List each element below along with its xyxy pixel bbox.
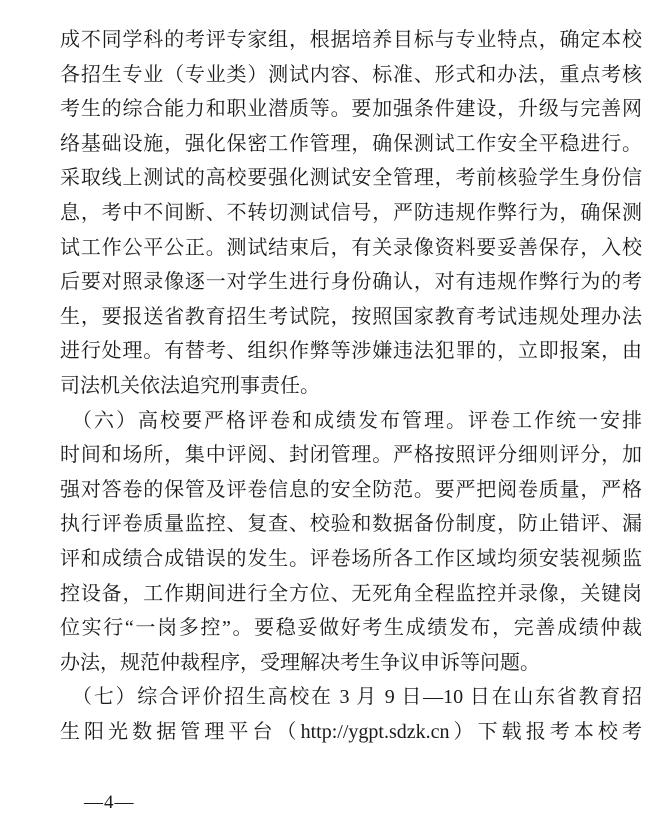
text-line: 生阳光数据管理平台（http://ygpt.sdzk.cn）下载报考本校考: [60, 715, 642, 750]
text-line: 后要对照录像逐一对学生进行身份确认，对有违规作弊行为的考: [60, 265, 642, 300]
text-line: 考生的综合能力和职业潜质等。要加强条件建设，升级与完善网: [60, 92, 642, 127]
text-line: 进行处理。有替考、组织作弊等涉嫌违法犯罪的，立即报案，由: [60, 334, 642, 369]
text-line-paragraph-start: （六）高校要严格评卷和成绩发布管理。评卷工作统一安排: [60, 404, 642, 439]
text-line-paragraph-start: （七）综合评价招生高校在 3 月 9 日—10 日在山东省教育招: [60, 680, 642, 715]
text-line: 司法机关依法追究刑事责任。: [60, 369, 642, 404]
text-line: 时间和场所，集中评阅、封闭管理。严格按照评分细则评分，加: [60, 438, 642, 473]
text-line: 试工作公平公正。测试结束后，有关录像资料要妥善保存，入校: [60, 231, 642, 266]
text-line: 各招生专业（专业类）测试内容、标准、形式和办法，重点考核: [60, 58, 642, 93]
text-line: 络基础设施，强化保密工作管理，确保测试工作安全平稳进行。: [60, 127, 642, 162]
text-line: 位实行“一岗多控”。要稳妥做好考生成绩发布，完善成绩仲裁: [60, 611, 642, 646]
page-number: —4—: [84, 792, 135, 814]
text-line: 成不同学科的考评专家组，根据培养目标与专业特点，确定本校: [60, 23, 642, 58]
text-line: 评和成绩合成错误的发生。评卷场所各工作区域均须安装视频监: [60, 542, 642, 577]
text-line: 息，考中不间断、不转切测试信号，严防违规作弊行为，确保测: [60, 196, 642, 231]
text-line: 执行评卷质量监控、复查、校验和数据备份制度，防止错评、漏: [60, 507, 642, 542]
text-line: 办法，规范仲裁程序，受理解决考生争议申诉等问题。: [60, 646, 642, 681]
text-line: 生，要报送省教育招生考试院，按照国家教育考试违规处理办法: [60, 300, 642, 335]
text-line: 采取线上测试的高校要强化测试安全管理，考前核验学生身份信: [60, 161, 642, 196]
text-block: 成不同学科的考评专家组，根据培养目标与专业特点，确定本校 各招生专业（专业类）测…: [60, 23, 642, 749]
text-line: 控设备，工作期间进行全方位、无死角全程监控并录像，关键岗: [60, 577, 642, 612]
text-line: 强对答卷的保管及评卷信息的安全防范。要严把阅卷质量，严格: [60, 473, 642, 508]
document-page: 成不同学科的考评专家组，根据培养目标与专业特点，确定本校 各招生专业（专业类）测…: [0, 0, 653, 830]
